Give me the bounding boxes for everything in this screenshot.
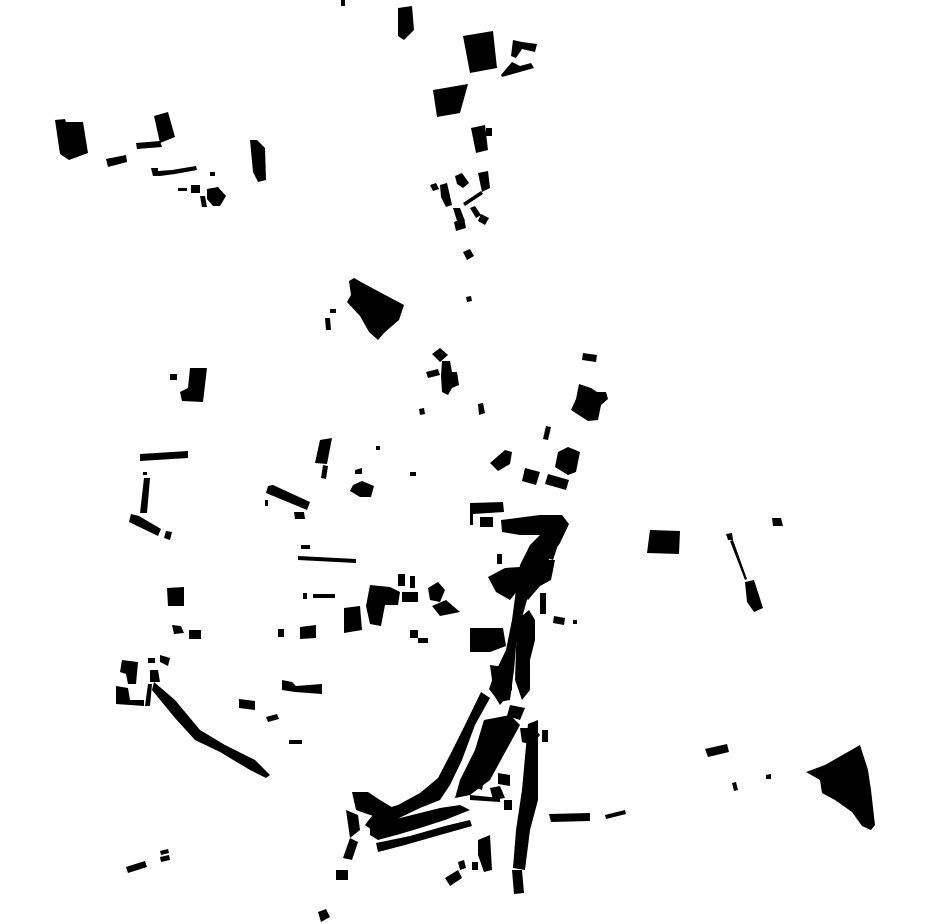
building-footprint (549, 813, 590, 822)
building-footprint (189, 630, 201, 639)
building-footprint (410, 630, 418, 638)
building-footprint (498, 773, 510, 786)
building-footprint (148, 658, 155, 663)
building-footprint (210, 172, 215, 176)
building-footprint (466, 296, 472, 302)
building-footprint (497, 554, 502, 564)
building-footprint (300, 625, 316, 639)
building-footprint (278, 629, 284, 637)
building-footprint (191, 185, 200, 193)
building-footprint (573, 620, 577, 624)
building-footprint (170, 374, 177, 380)
building-footprint (470, 503, 473, 525)
building-footprint (344, 606, 362, 633)
building-footprint (486, 128, 492, 136)
building-footprint (419, 408, 425, 415)
building-footprint (301, 545, 310, 549)
building-footprint (325, 318, 331, 330)
building-footprint (289, 740, 302, 744)
building-footprint (143, 472, 147, 475)
building-footprint (647, 530, 680, 554)
building-footprint (471, 502, 504, 514)
building-footprint (178, 188, 187, 191)
building-footprint-map (0, 0, 930, 924)
building-footprint (410, 472, 416, 476)
building-footprint (402, 592, 418, 602)
building-footprint (313, 594, 335, 598)
building-footprint (480, 517, 493, 527)
building-footprint (504, 800, 512, 810)
building-footprint (418, 638, 428, 643)
building-footprint (336, 870, 348, 880)
map-canvas (0, 0, 930, 924)
building-footprint (398, 574, 405, 586)
building-footprint (410, 576, 415, 588)
building-footprint (330, 309, 336, 313)
building-footprint (167, 587, 184, 606)
building-footprint (542, 730, 548, 742)
building-footprint (376, 446, 380, 450)
building-footprint (472, 862, 478, 870)
building-footprint (540, 593, 546, 614)
building-footprint (341, 0, 345, 6)
building-footprint (265, 500, 268, 506)
building-footprint (512, 870, 524, 894)
building-footprint (294, 512, 305, 519)
building-footprint (303, 593, 307, 599)
